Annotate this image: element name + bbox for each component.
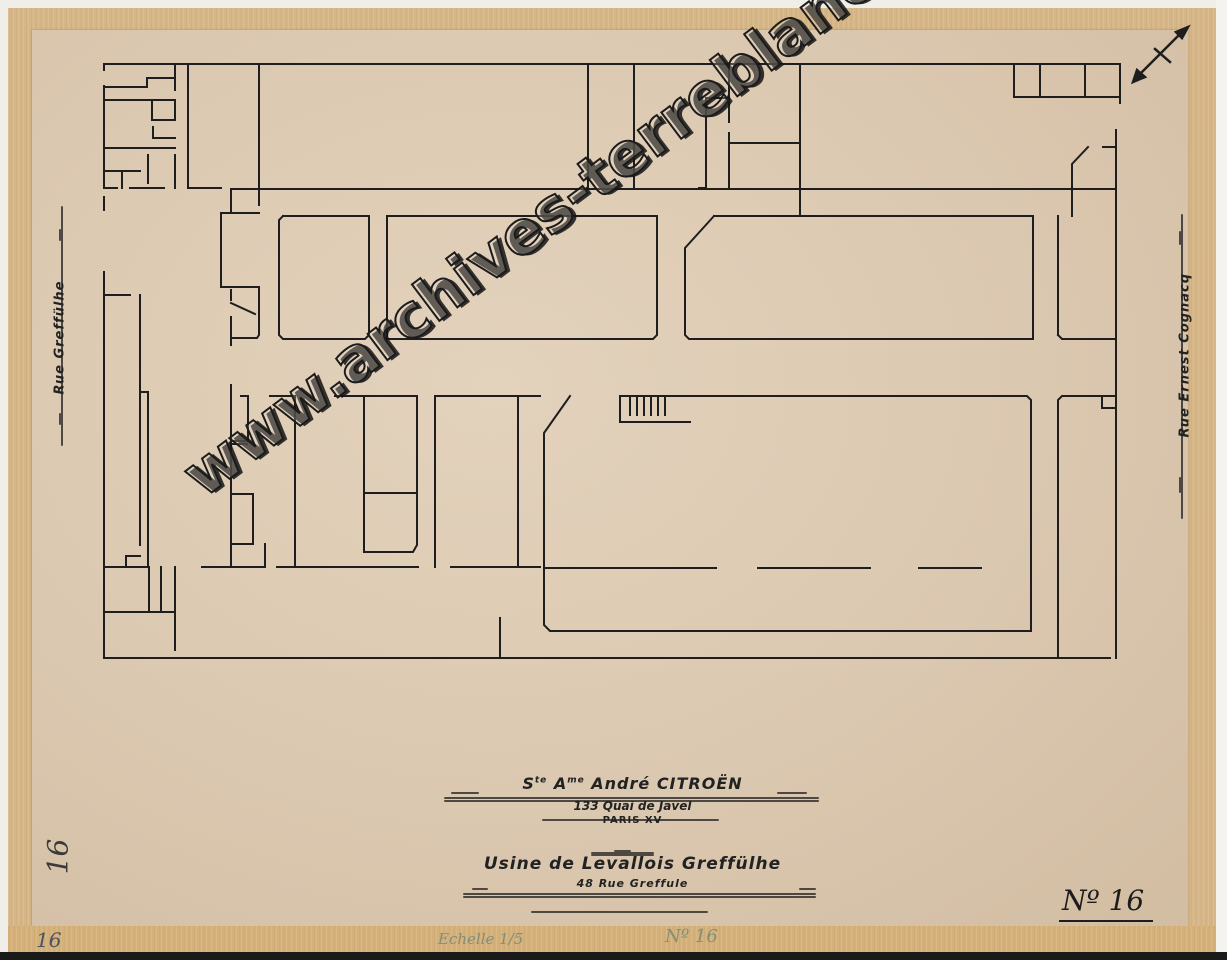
main-hall (544, 396, 1116, 658)
street-label-left: Rue Greffülhe (53, 268, 68, 408)
company-mid: A (547, 774, 567, 793)
lower-left-column (104, 295, 175, 650)
company-prefix-sup: te (535, 776, 547, 786)
compass-arrow-icon (1133, 27, 1188, 82)
street-label-right: Rue Ernest Cognacq (1178, 278, 1193, 438)
handwritten-margin-number: 16 (41, 839, 74, 875)
strip-scale-label: Echelle 1/5 (438, 930, 523, 948)
strip-number-label: Nº 16 (665, 926, 718, 947)
company-mid-sup: me (567, 776, 584, 786)
company-name-text: André CITROËN (585, 774, 743, 793)
company-city: PARIS XV (440, 815, 825, 826)
company-address: 133 Quai de Javel (440, 799, 825, 813)
company-prefix: S (522, 774, 535, 793)
plate-number: Nº 16 (1062, 884, 1144, 917)
strip-left-mark: 16 (36, 928, 61, 952)
company-name: Ste Ame André CITROËN (440, 774, 825, 793)
plant-address: 48 Rue Greffule (440, 877, 825, 890)
title-block: Ste Ame André CITROËN 133 Quai de Javel … (440, 774, 825, 890)
plant-name: Usine de Levallois Greffülhe (440, 854, 825, 874)
